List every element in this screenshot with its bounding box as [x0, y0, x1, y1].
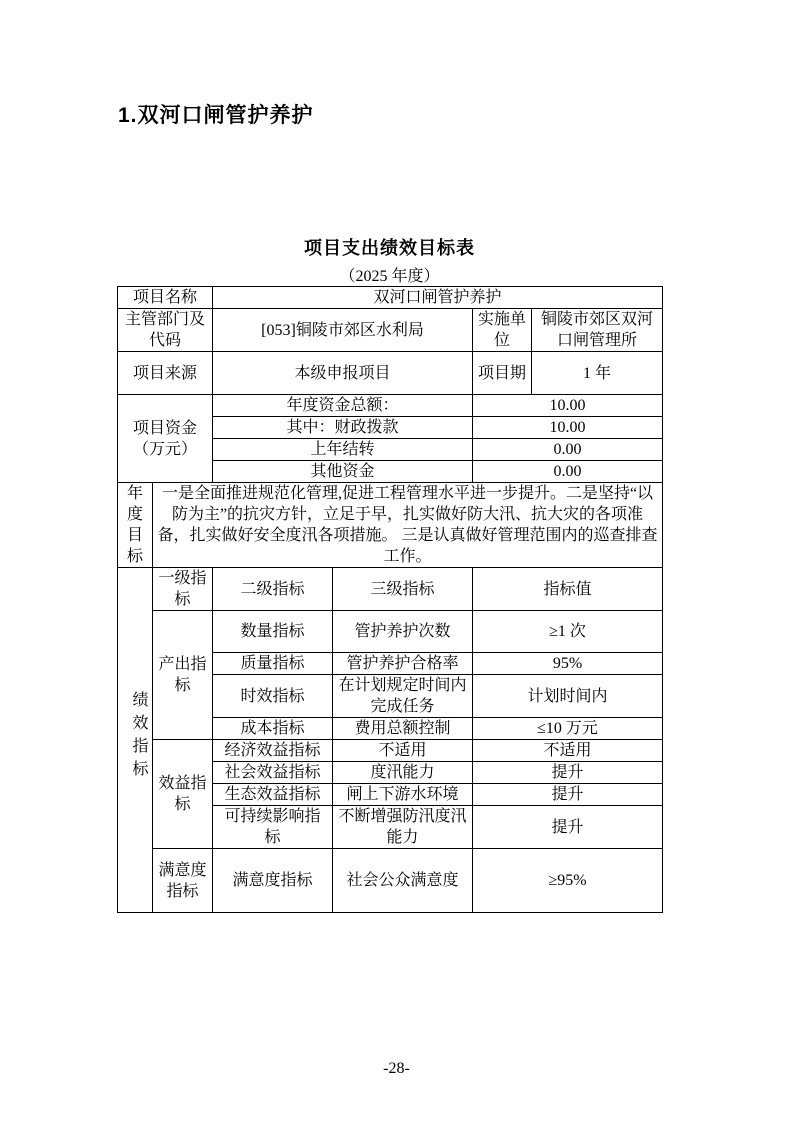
header-level1: 一级指标 — [153, 568, 213, 611]
impl-unit-label: 实施单位 — [473, 309, 532, 352]
value-cell: 计划时间内 — [473, 675, 663, 718]
level3-cell: 度汛能力 — [333, 762, 473, 784]
header-level3: 三级指标 — [333, 568, 473, 611]
value-cell: ≥95% — [473, 849, 663, 913]
funds-fiscal-label: 其中：财政拨款 — [213, 417, 473, 439]
funds-label: 项目资金（万元） — [118, 395, 213, 483]
row-source: 项目来源 本级申报项目 项目期 1 年 — [118, 352, 663, 395]
level3-cell: 不断增强防汛度汛能力 — [333, 806, 473, 849]
perf-section-cell: 绩效指标 — [118, 568, 153, 913]
row-department: 主管部门及代码 [053]铜陵市郊区水利局 实施单位 铜陵市郊区双河口闸管理所 — [118, 309, 663, 352]
row-perf-header: 绩效指标 一级指标 二级指标 三级指标 指标值 — [118, 568, 663, 611]
section-heading: 1.双河口闸管护养护 — [118, 99, 314, 129]
value-cell: ≥1 次 — [473, 611, 663, 653]
funds-fiscal-value: 10.00 — [473, 417, 663, 439]
annual-goal-text: 一是全面推进规范化管理,促进工程管理水平进一步提升。二是坚持“以防为主”的抗灾方… — [153, 483, 663, 568]
row-project-name: 项目名称 双河口闸管护养护 — [118, 287, 663, 309]
dept-value: [053]铜陵市郊区水利局 — [213, 309, 473, 352]
level2-cell: 时效指标 — [213, 675, 333, 718]
header-value: 指标值 — [473, 568, 663, 611]
period-label: 项目期 — [473, 352, 532, 395]
level2-cell: 数量指标 — [213, 611, 333, 653]
value-cell: 提升 — [473, 806, 663, 849]
level3-cell: 管护养护合格率 — [333, 653, 473, 675]
group-output-label: 产出指标 — [153, 611, 213, 740]
level2-cell: 质量指标 — [213, 653, 333, 675]
level2-cell: 经济效益指标 — [213, 740, 333, 762]
annual-goal-label: 年度目标 — [118, 483, 153, 568]
level2-cell: 成本指标 — [213, 718, 333, 740]
page-number: -28- — [0, 1060, 793, 1078]
funds-total-label: 年度资金总额： — [213, 395, 473, 417]
value-cell: ≤10 万元 — [473, 718, 663, 740]
level2-cell: 满意度指标 — [213, 849, 333, 913]
value-cell: 不适用 — [473, 740, 663, 762]
perf-row: 产出指标 数量指标 管护养护次数 ≥1 次 — [118, 611, 663, 653]
table-title: 项目支出绩效目标表 — [117, 234, 662, 260]
funds-total-value: 10.00 — [473, 395, 663, 417]
row-funds-total: 项目资金（万元） 年度资金总额： 10.00 — [118, 395, 663, 417]
value-cell: 95% — [473, 653, 663, 675]
level3-cell: 管护养护次数 — [333, 611, 473, 653]
perf-row: 效益指标 经济效益指标 不适用 不适用 — [118, 740, 663, 762]
level3-cell: 在计划规定时间内完成任务 — [333, 675, 473, 718]
level3-cell: 不适用 — [333, 740, 473, 762]
level3-cell: 社会公众满意度 — [333, 849, 473, 913]
header-level2: 二级指标 — [213, 568, 333, 611]
group-satisfaction-label: 满意度指标 — [153, 849, 213, 913]
funds-other-value: 0.00 — [473, 461, 663, 483]
period-value: 1 年 — [532, 352, 663, 395]
source-value: 本级申报项目 — [213, 352, 473, 395]
level2-cell: 可持续影响指标 — [213, 806, 333, 849]
table-subtitle: （2025 年度） — [117, 263, 662, 286]
perf-section-label: 绩效指标 — [122, 691, 153, 783]
value-cell: 提升 — [473, 762, 663, 784]
project-name-label: 项目名称 — [118, 287, 213, 309]
funds-other-label: 其他资金 — [213, 461, 473, 483]
perf-row: 满意度指标 满意度指标 社会公众满意度 ≥95% — [118, 849, 663, 913]
funds-carryover-label: 上年结转 — [213, 439, 473, 461]
performance-target-table: 项目名称 双河口闸管护养护 主管部门及代码 [053]铜陵市郊区水利局 实施单位… — [117, 286, 663, 913]
impl-unit-value: 铜陵市郊区双河口闸管理所 — [532, 309, 663, 352]
level3-cell: 费用总额控制 — [333, 718, 473, 740]
level2-cell: 生态效益指标 — [213, 784, 333, 806]
value-cell: 提升 — [473, 784, 663, 806]
table-title-block: 项目支出绩效目标表 （2025 年度） — [117, 234, 662, 286]
funds-carryover-value: 0.00 — [473, 439, 663, 461]
project-name-value: 双河口闸管护养护 — [213, 287, 663, 309]
group-benefit-label: 效益指标 — [153, 740, 213, 849]
level2-cell: 社会效益指标 — [213, 762, 333, 784]
document-page: 1.双河口闸管护养护 项目支出绩效目标表 （2025 年度） 项目名称 双河口闸… — [0, 0, 793, 1122]
dept-label: 主管部门及代码 — [118, 309, 213, 352]
source-label: 项目来源 — [118, 352, 213, 395]
level3-cell: 闸上下游水环境 — [333, 784, 473, 806]
row-annual-goal: 年度目标 一是全面推进规范化管理,促进工程管理水平进一步提升。二是坚持“以防为主… — [118, 483, 663, 568]
